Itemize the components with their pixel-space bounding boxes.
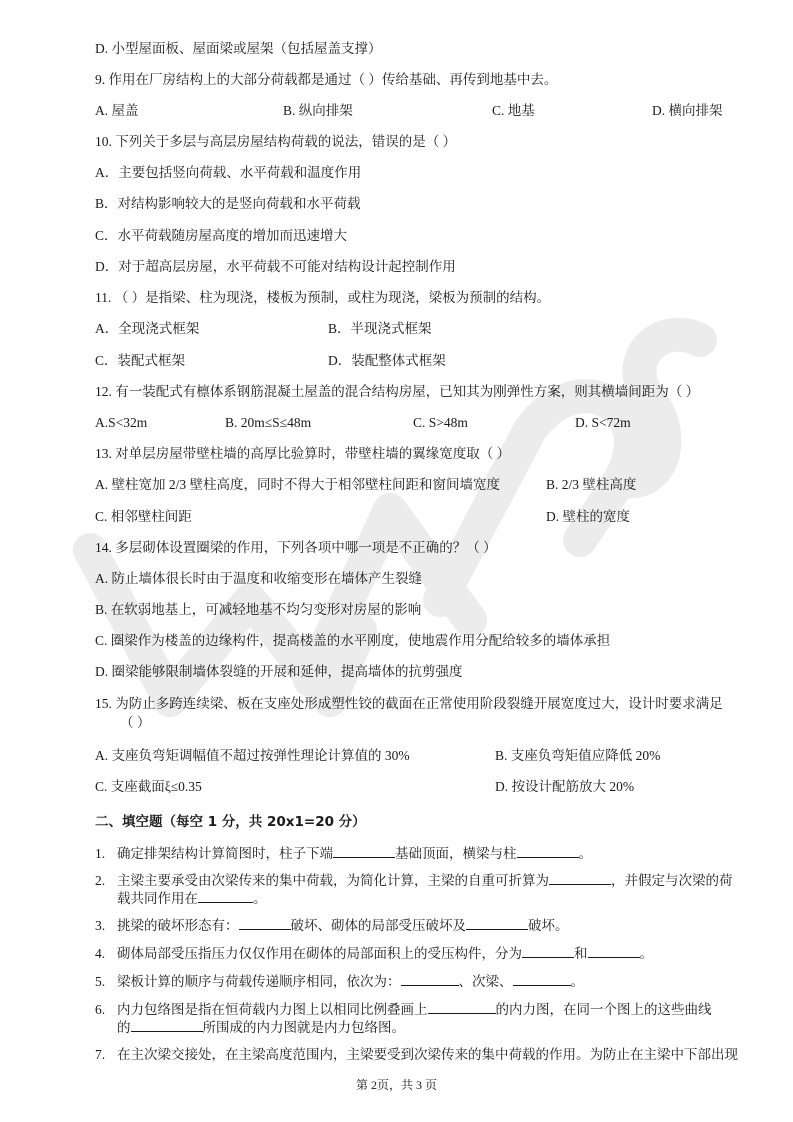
q10-option-b: B．对结构影响较大的是竖向荷载和水平荷载 [95,195,361,213]
fill-text: 挑梁的破坏形态有： [117,918,239,933]
q12-option-c: C. S>48m [413,414,468,432]
fill-item-6-line2: 的所围成的内力图就是内力包络图。 [117,1018,405,1037]
answer-blank[interactable] [198,889,253,903]
answer-blank[interactable] [513,972,571,986]
q11-option-c: C．装配式框架 [95,352,185,370]
q13-option-d: D. 壁柱的宽度 [546,508,630,526]
q15-option-a: A. 支座负弯矩调幅值不超过按弹性理论计算值的 30% [95,747,410,765]
fill-text: 和 [574,946,588,961]
fill-item-number: 3. [95,917,117,935]
fill-text: 。 [253,891,267,906]
answer-blank[interactable] [428,1000,496,1014]
fill-item-1: 1.确定排架结构计算简图时，柱子下端基础顶面，横梁与柱。 [95,844,592,863]
q15-option-c: C. 支座截面ξ≤0.35 [95,778,202,796]
fill-text: 主梁主要承受由次梁传来的集中荷载，为简化计算，主梁的自重可折算为 [117,873,549,888]
answer-blank[interactable] [549,871,611,885]
q10-option-d: D．对于超高层房屋，水平荷载不可能对结构设计起控制作用 [95,258,456,276]
answer-blank[interactable] [333,844,395,858]
q12-stem: 12. 有一装配式有檩体系钢筋混凝土屋盖的混合结构房屋，已知其为刚弹性方案，则其… [95,383,699,401]
fill-text: 确定排架结构计算简图时，柱子下端 [117,846,333,861]
fill-item-2-line2: 载共同作用在。 [117,889,267,908]
q13-option-a: A. 壁柱宽加 2/3 壁柱高度，同时不得大于相邻壁柱间距和窗间墙宽度 [95,476,500,494]
fill-item-3: 3.挑梁的破坏形态有：破坏、砌体的局部受压破坏及破坏。 [95,916,569,935]
q9-option-b: B. 纵向排架 [283,102,353,120]
q14-option-d: D. 圈梁能够限制墙体裂缝的开展和延伸，提高墙体的抗剪强度 [95,663,463,681]
fill-text: 破坏、砌体的局部受压破坏及 [291,918,467,933]
fill-text: 基础顶面，横梁与柱 [395,846,517,861]
fill-item-2: 2.主梁主要承受由次梁传来的集中荷载，为简化计算，主梁的自重可折算为，并假定与次… [95,871,733,890]
fill-text: 、次梁、 [459,974,513,989]
q11-option-a: A．全现浇式框架 [95,320,199,338]
fill-text: 破坏。 [528,918,569,933]
fill-text: 砌体局部受压指压力仅仅作用在砌体的局部面积上的受压构件，分为 [117,946,522,961]
q14-option-c: C. 圈梁作为楼盖的边缘构件，提高楼盖的水平刚度，使地震作用分配给较多的墙体承担 [95,632,610,650]
fill-text: 。 [640,946,654,961]
section2-title: 二、填空题（每空 1 分，共 20x1=20 分） [95,813,366,831]
q9-option-c: C. 地基 [492,102,535,120]
fill-item-number: 2. [95,872,117,890]
fill-text: ，并假定与次梁的荷 [611,873,733,888]
fill-item-number: 6. [95,1001,117,1019]
answer-blank[interactable] [588,944,640,958]
q9-option-a: A. 屋盖 [95,102,139,120]
fill-item-number: 4. [95,945,117,963]
q15-stem: 15. 为防止多跨连续梁、板在支座处形成塑性铰的截面在正常使用阶段裂缝开展宽度过… [95,695,723,713]
fill-item-6: 6.内力包络图是指在恒荷载内力图上以相同比例叠画上的内力图，在同一个图上的这些曲… [95,1000,712,1019]
q8-option-d: D. 小型屋面板、屋面梁或屋架（包括屋盖支撑） [95,40,382,58]
fill-text: 。 [579,846,593,861]
fill-item-4: 4.砌体局部受压指压力仅仅作用在砌体的局部面积上的受压构件，分为和。 [95,944,653,963]
fill-text: 载共同作用在 [117,891,198,906]
q11-option-b: B．半现浇式框架 [328,320,432,338]
q9-option-d: D. 横向排架 [652,102,723,120]
fill-item-number: 1. [95,845,117,863]
answer-blank[interactable] [401,972,459,986]
fill-text: 在主次梁交接处，在主梁高度范围内，主梁要受到次梁传来的集中荷载的作用。为防止在主… [117,1047,738,1062]
answer-blank[interactable] [131,1018,203,1032]
fill-item-7: 7.在主次梁交接处，在主梁高度范围内，主梁要受到次梁传来的集中荷载的作用。为防止… [95,1046,738,1064]
q13-stem: 13. 对单层房屋带壁柱墙的高厚比验算时，带壁柱墙的翼缘宽度取（ ） [95,445,510,463]
fill-item-5: 5.梁板计算的顺序与荷载传递顺序相同，依次为：、次梁、。 [95,972,584,991]
q15-option-b: B. 支座负弯矩值应降低 20% [495,747,660,765]
fill-text: 所围成的内力图就是内力包络图。 [203,1020,406,1035]
q10-option-a: A．主要包括竖向荷载、水平荷载和温度作用 [95,164,361,182]
q12-option-a: A.S<32m [95,414,147,432]
fill-text: 。 [571,974,585,989]
q15-stem-bracket: （ ） [120,714,150,732]
q9-stem: 9. 作用在厂房结构上的大部分荷载都是通过（ ）传给基础、再传到地基中去。 [95,71,557,89]
q12-option-b: B. 20m≤S≤48m [225,414,311,432]
q11-option-d: D．装配整体式框架 [328,352,446,370]
answer-blank[interactable] [517,844,579,858]
answer-blank[interactable] [466,916,528,930]
q14-stem: 14. 多层砌体设置圈梁的作用，下列各项中哪一项是不正确的？（ ） [95,539,497,557]
page-number-footer: 第 2页，共 3 页 [0,1077,793,1093]
fill-text: 梁板计算的顺序与荷载传递顺序相同，依次为： [117,974,401,989]
q10-option-c: C．水平荷载随房屋高度的增加而迅速增大 [95,227,347,245]
q14-option-b: B. 在软弱地基上，可减轻地基不均匀变形对房屋的影响 [95,601,421,619]
fill-item-number: 5. [95,973,117,991]
q12-option-d: D. S<72m [575,414,631,432]
fill-text: 内力包络图是指在恒荷载内力图上以相同比例叠画上 [117,1002,428,1017]
fill-text: 的 [117,1020,131,1035]
q14-option-a: A. 防止墙体很长时由于温度和收缩变形在墙体产生裂缝 [95,570,422,588]
fill-text: 的内力图，在同一个图上的这些曲线 [496,1002,712,1017]
answer-blank[interactable] [522,944,574,958]
q10-stem: 10. 下列关于多层与高层房屋结构荷载的说法，错误的是（ ） [95,133,456,151]
q15-option-d: D. 按设计配筋放大 20% [495,778,634,796]
q13-option-c: C. 相邻壁柱间距 [95,508,192,526]
q11-stem: 11. （ ）是指梁、柱为现浇，楼板为预制，或柱为现浇，梁板为预制的结构。 [95,289,550,307]
q13-option-b: B. 2/3 壁柱高度 [546,476,636,494]
answer-blank[interactable] [239,916,291,930]
fill-item-number: 7. [95,1046,117,1064]
